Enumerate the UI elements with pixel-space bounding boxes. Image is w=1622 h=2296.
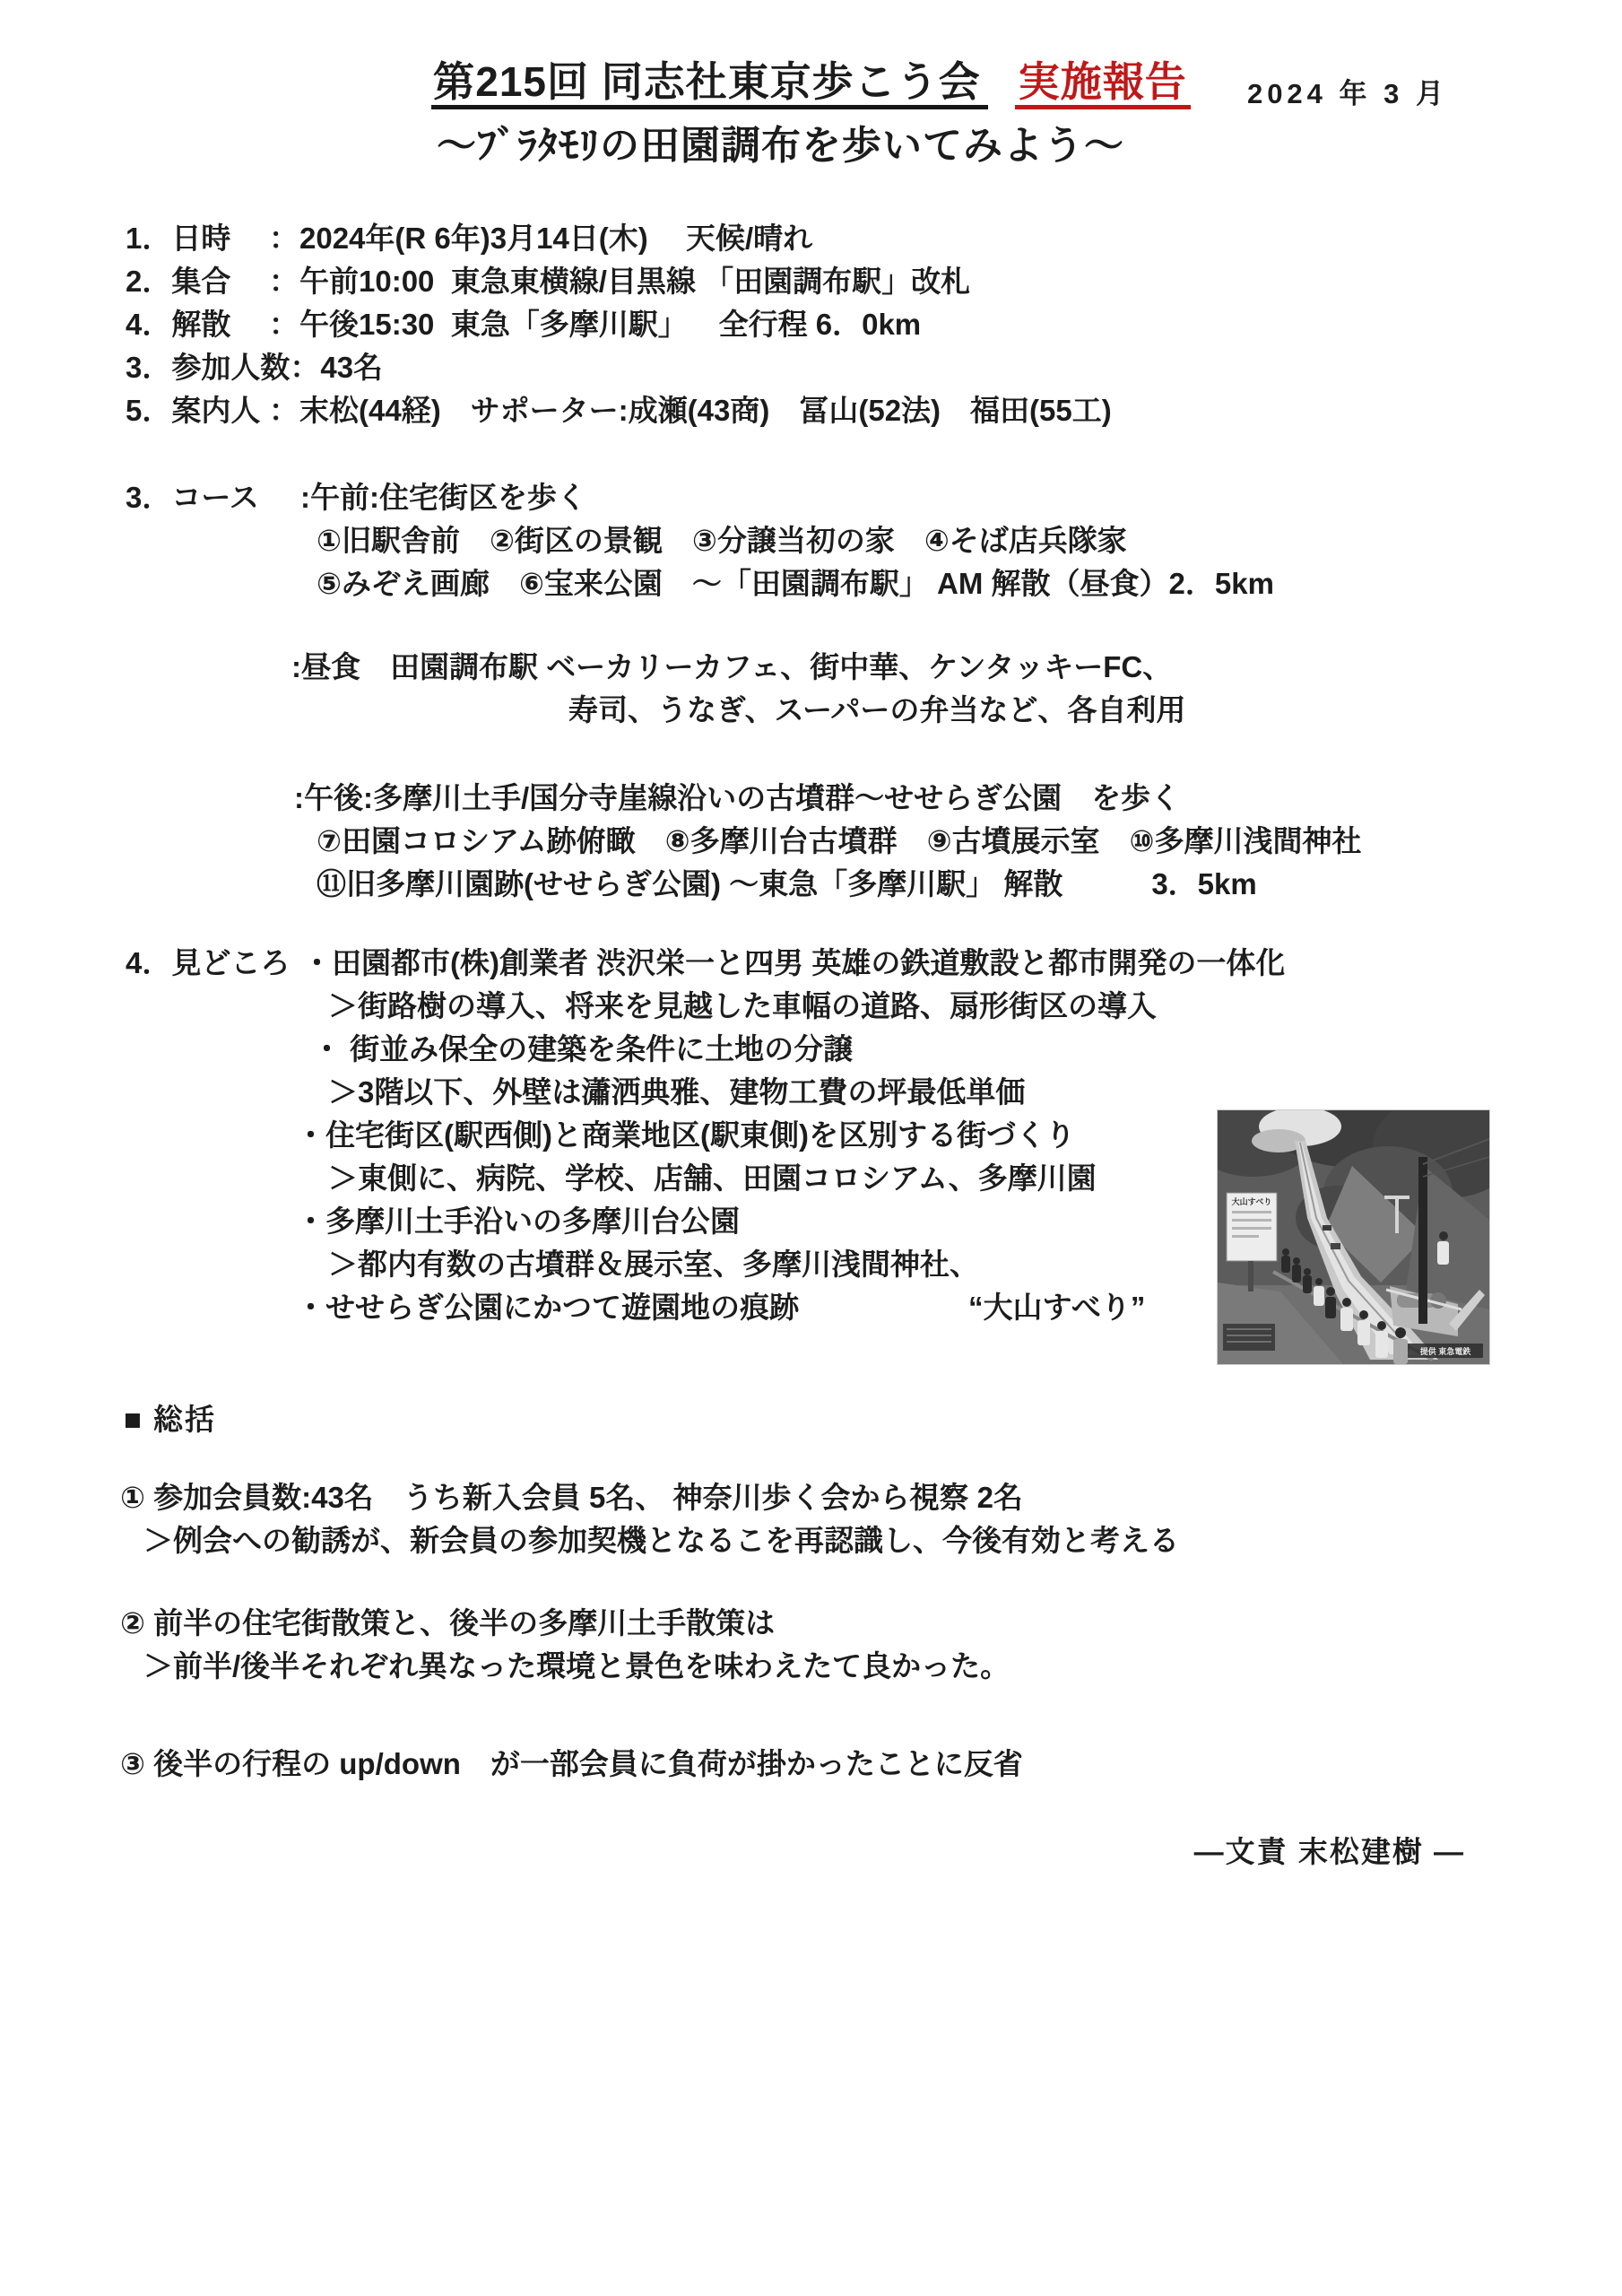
highlights-row-2: ・ 街並み保全の建築を条件に土地の分譲 [0,1028,1622,1071]
report-label: 実施報告 [1015,58,1191,109]
page-header: 第215回 同志社東京歩こう会実施報告 2024 年 3 月 [0,54,1622,109]
summary-item-1-line-1: ① 参加会員数:43名 うち新入会員 5名、 神奈川歩く会から視察 2名 [0,1476,1622,1519]
info-row-participants: 3．参加人数：43名 [0,346,1622,389]
black-square-icon: ■ [124,1403,143,1436]
info-row-datetime: 1．日時：2024年(R 6年)3月14日(木) 天候/晴れ [0,217,1622,260]
summary-heading-row: ■ 総括 [0,1398,1622,1441]
highlights-row-0: ・田園都市(株)創業者 渋沢栄一と四男 英雄の鉄道敷設と都市開発の一体化 [302,946,1285,979]
author-signature: —文責 末松建樹 — [0,1831,1622,1874]
info-row-guide: 5．案内人：末松(44経) サポーター:成瀬(43商) 冨山(52法) 福田(5… [0,389,1622,432]
info-colon: ： [290,346,320,389]
course-section: 3．コース:午前:住宅街区を歩く ①旧駅舎前 ②街区の景観 ③分譲当初の家 ④そ… [0,476,1622,605]
course-pm-stops-1: ⑦田園コロシアム跡俯瞰 ⑧多摩川台古墳群 ⑨古墳展示室 ⑩多摩川浅間神社 [0,820,1622,863]
info-value-datetime: 2024年(R 6年)3月14日(木) 天候/晴れ [299,222,812,255]
oyama-suberi-photo: 大山すべり [1218,1110,1489,1364]
summary-heading: 総括 [153,1403,216,1436]
pm-course-section: :午後:多摩川土手/国分寺崖線沿いの古墳群～せせらぎ公園 を歩く ⑦田園コロシア… [0,777,1622,906]
course-pm-head: :午後:多摩川土手/国分寺崖線沿いの古墳群～せせらぎ公園 を歩く [0,777,1622,820]
info-label-meet: 2．集合 [126,260,269,303]
highlights-row-1: ＞街路樹の導入、将来を見越した車幅の道路、扇形街区の導入 [0,985,1622,1028]
summary-item-2-line-2: ＞前半/後半それぞれ異なった環境と景色を味わえたて良かった。 [0,1645,1622,1688]
lunch-section: :昼食 田園調布駅 ベーカリーカフェ、街中華、ケンタッキーFC、 寿司、うなぎ、… [0,646,1622,732]
summary-item-2-line-1: ② 前半の住宅街散策と、後半の多摩川土手散策は [0,1602,1622,1645]
highlights-row-8-text: ・せせらぎ公園にかつて遊園地の痕跡 [296,1291,799,1324]
photo-sign-text: 大山すべり [1232,1196,1272,1206]
info-row-meet: 2．集合：午前10:00 東急東横線/目黒線 「田園調布駅」改札 [0,260,1622,303]
photo-credit-caption: 提供 東急電鉄 [1419,1346,1472,1356]
info-colon: ： [269,217,299,260]
course-label: 3．コース [126,476,300,519]
info-label-guide: 5．案内人 [126,389,269,432]
summary-item-3-line-1: ③ 後半の行程の up/down が一部会員に負荷が掛かったことに反省 [0,1743,1622,1786]
info-label-participants: 3．参加人数 [126,346,290,389]
highlights-quote: “大山すべり” [968,1286,1145,1329]
summary-item-3: ③ 後半の行程の up/down が一部会員に負荷が掛かったことに反省 [0,1743,1622,1786]
course-am-stops-2: ⑤みぞえ画廊 ⑥宝来公園 ～「田園調布駅」 AM 解散（昼食）2．5km [0,562,1622,605]
info-value-dismiss: 午後15:30 東急「多摩川駅」 全行程 6．0km [299,308,921,341]
summary-item-1-line-2: ＞例会への勧誘が、新会員の参加契機となるこを再認識し、今後有効と考える [0,1519,1622,1562]
page-subtitle: ～ﾌﾞﾗﾀﾓﾘの田園調布を歩いてみよう～ [0,120,1592,172]
summary-item-1: ① 参加会員数:43名 うち新入会員 5名、 神奈川歩く会から視察 2名 ＞例会… [0,1476,1622,1562]
course-pm-stops-2: ⑪旧多摩川園跡(せせらぎ公園) ～東急「多摩川駅」 解散 3．5km [0,863,1622,906]
highlights-label: 4．見どころ [126,942,302,985]
course-am-head: :午前:住宅街区を歩く [300,481,586,514]
oyama-suberi-photo-graphic: 大山すべり [1218,1110,1489,1364]
info-value-meet: 午前10:00 東急東横線/目黒線 「田園調布駅」改札 [299,265,970,298]
info-row-dismiss: 4．解散：午後15:30 東急「多摩川駅」 全行程 6．0km [0,303,1622,346]
lunch-line-1: :昼食 田園調布駅 ベーカリーカフェ、街中華、ケンタッキーFC、 [0,646,1622,689]
info-label-dismiss: 4．解散 [126,303,269,346]
summary-item-2: ② 前半の住宅街散策と、後半の多摩川土手散策は ＞前半/後半それぞれ異なった環境… [0,1602,1622,1688]
info-colon: ： [269,389,299,432]
course-am-stops-1: ①旧駅舎前 ②街区の景観 ③分譲当初の家 ④そば店兵隊家 [0,519,1622,562]
highlights-row-3: ＞3階以下、外壁は瀟洒典雅、建物工費の坪最低単価 [0,1071,1622,1114]
info-value-guide: 末松(44経) サポーター:成瀬(43商) 冨山(52法) 福田(55工) [299,394,1112,427]
report-date: 2024 年 3 月 [1247,66,1448,122]
course-am-head-row: 3．コース:午前:住宅街区を歩く [0,476,1622,519]
highlights-head-row: 4．見どころ・田園都市(株)創業者 渋沢栄一と四男 英雄の鉄道敷設と都市開発の一… [0,942,1622,985]
lunch-line-2: 寿司、うなぎ、スーパーの弁当など、各自利用 [0,689,1622,732]
info-label-datetime: 1．日時 [126,217,269,260]
report-page: 第215回 同志社東京歩こう会実施報告 2024 年 3 月 ～ﾌﾞﾗﾀﾓﾘの田… [0,0,1622,2296]
info-colon: ： [269,303,299,346]
info-section: 1．日時：2024年(R 6年)3月14日(木) 天候/晴れ 2．集合：午前10… [0,217,1622,432]
info-value-participants: 43名 [320,351,383,384]
info-colon: ： [269,260,299,303]
page-title: 第215回 同志社東京歩こう会 [431,58,988,109]
